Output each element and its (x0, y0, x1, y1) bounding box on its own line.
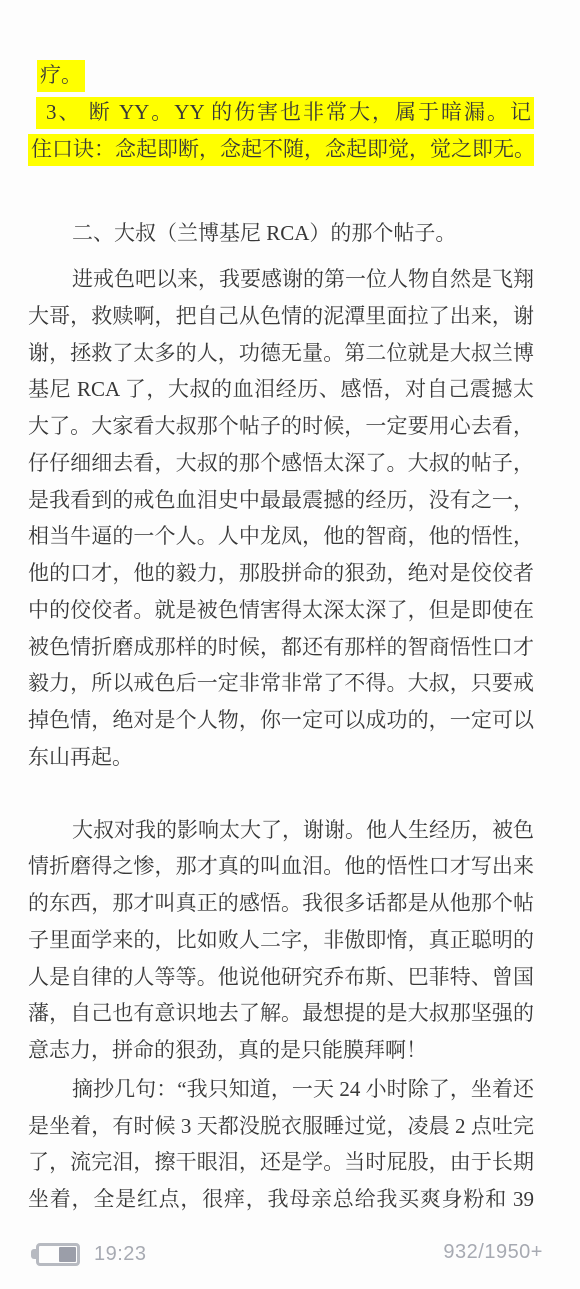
text-line: 大叔对我的影响太大了，谢谢。他人生经历，被色 (28, 812, 534, 849)
text-line: 谢，拯救了太多的人，功德无量。第二位就是大叔兰博 (28, 335, 534, 372)
status-bar: 19:23 932/1950+ (0, 1240, 580, 1268)
text-line: 子里面学来的，比如败人二字，非傲即惰，真正聪明的 (28, 922, 534, 959)
text-line: 疗。 (28, 57, 534, 94)
text-line: 3、 断 YY。YY 的伤害也非常大，属于暗漏。记 (28, 94, 534, 131)
highlight-mark: 疗。 (37, 60, 85, 92)
text-line: 是我看到的戒色血泪史中最最震撼的经历，没有之一， (28, 482, 534, 519)
battery-fill (59, 1247, 76, 1262)
battery-half-icon (31, 1243, 80, 1266)
paragraph-2: 大叔对我的影响太大了，谢谢。他人生经历，被色情折磨得之惨，那才真的叫血泪。他的悟… (28, 812, 534, 1069)
page-progress: 932/1950+ (443, 1241, 543, 1263)
battery-body (36, 1243, 80, 1266)
text-line: 毅力，所以戒色后一定非常非常了不得。大叔，只要戒 (28, 665, 534, 702)
text-line: 基尼 RCA 了，大叔的血泪经历、感悟，对自己震撼太 (28, 371, 534, 408)
clock-time: 19:23 (94, 1243, 147, 1266)
highlight-paragraph-mantra: 3、 断 YY。YY 的伤害也非常大，属于暗漏。记住口诀：念起即断，念起不随，念… (28, 94, 534, 168)
text-line: 仔仔细细去看，大叔的那个感悟太深了。大叔的帖子， (28, 445, 534, 482)
text-line: 他的口才，他的毅力，那股拼命的狠劲，绝对是佼佼者 (28, 555, 534, 592)
highlight-mark: 住口诀：念起即断，念起不随，念起即觉，觉之即无。 (28, 134, 534, 166)
text-line: 的东西，那才叫真正的感悟。我很多话都是从他那个帖 (28, 885, 534, 922)
paragraph-3: 摘抄几句：“我只知道，一天 24 小时除了，坐着还是坐着，有时候 3 天都没脱衣… (28, 1071, 534, 1218)
text-line: 东山再起。 (28, 739, 534, 776)
text-line: 中的佼佼者。就是被色情害得太深太深了，但是即使在 (28, 592, 534, 629)
text-line: 大哥，救赎啊，把自己从色情的泥潭里面拉了出来，谢 (28, 298, 534, 335)
text-line: 摘抄几句：“我只知道，一天 24 小时除了，坐着还 (28, 1071, 534, 1108)
highlight-mark: 3、 断 YY。YY 的伤害也非常大，属于暗漏。记 (36, 97, 534, 129)
text-line: 大了。大家看大叔那个帖子的时候，一定要用心去看， (28, 408, 534, 445)
section-heading: 二、大叔（兰博基尼 RCA）的那个帖子。 (28, 215, 534, 252)
text-line: 掉色情，绝对是个人物，你一定可以成功的，一定可以 (28, 702, 534, 739)
status-bar-left: 19:23 (31, 1240, 147, 1268)
text-line: 意志力，拼命的狠劲，真的是只能膜拜啊！ (28, 1032, 534, 1069)
paragraph-1: 进戒色吧以来，我要感谢的第一位人物自然是飞翔大哥，救赎啊，把自己从色情的泥潭里面… (28, 261, 534, 776)
text-line: 藩，自己也有意识地去了解。最想提的是大叔那坚强的 (28, 995, 534, 1032)
text-line: 是坐着，有时候 3 天都没脱衣服睡过觉，凌晨 2 点吐完 (28, 1108, 534, 1145)
text-line: 被色情折磨成那样的时候，都还有那样的智商悟性口才 (28, 629, 534, 666)
highlight-paragraph-tail: 疗。 (28, 57, 534, 94)
reading-content: 疗。3、 断 YY。YY 的伤害也非常大，属于暗漏。记住口诀：念起即断，念起不随… (28, 0, 534, 1218)
text-line: 相当牛逼的一个人。人中龙凤，他的智商，他的悟性， (28, 518, 534, 555)
section-heading-line: 二、大叔（兰博基尼 RCA）的那个帖子。 (28, 215, 534, 252)
text-line: 人是自律的人等等。他说他研究乔布斯、巴菲特、曾国 (28, 959, 534, 996)
text-line: 了，流完泪，擦干眼泪，还是学。当时屁股，由于长期 (28, 1144, 534, 1181)
text-line: 住口诀：念起即断，念起不随，念起即觉，觉之即无。 (28, 131, 534, 168)
text-line: 进戒色吧以来，我要感谢的第一位人物自然是飞翔 (28, 261, 534, 298)
text-line: 情折磨得之惨，那才真的叫血泪。他的悟性口才写出来 (28, 848, 534, 885)
text-line: 坐着，全是红点，很痒，我母亲总给我买爽身粉和 39 (28, 1181, 534, 1218)
